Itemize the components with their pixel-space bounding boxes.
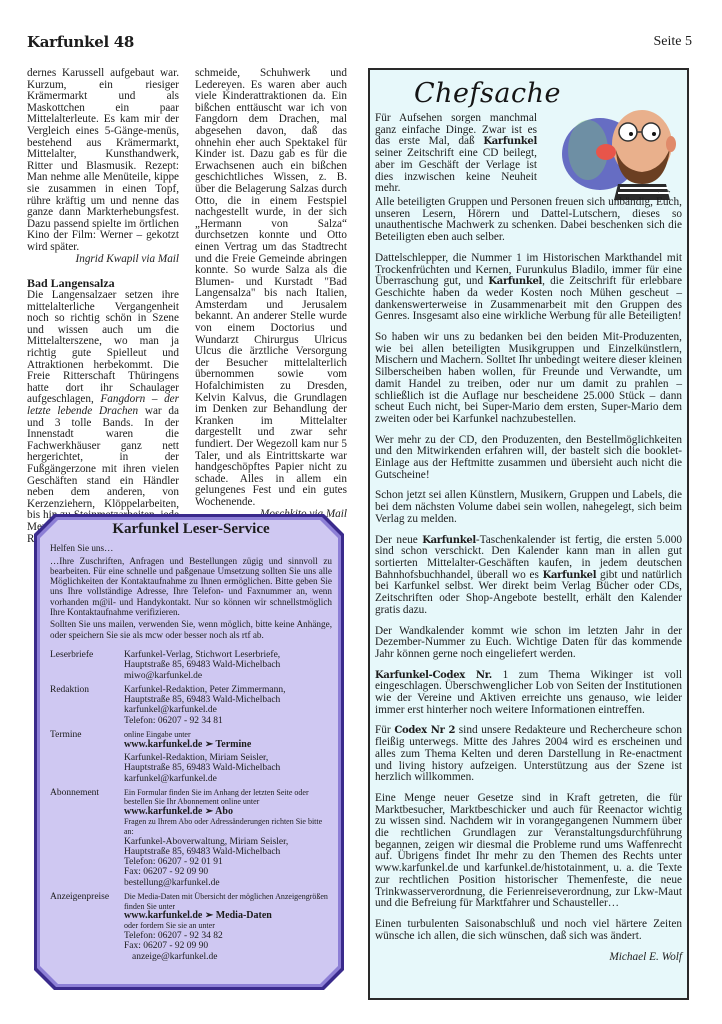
article-paragraph: dernes Karussell aufgebaut war. Kurzum, …	[27, 68, 179, 254]
phone-line: Telefon: 06207 - 92 34 81	[124, 716, 332, 726]
email-link[interactable]: karfunkel@karfunkel.de	[124, 705, 332, 715]
reader-service-intro: Helfen Sie uns… …Ihre Zuschriften, Anfra…	[50, 543, 332, 640]
brand-name: Codex Nr 2	[394, 725, 455, 736]
text-run: Der neue	[375, 534, 422, 546]
text-run: seiner Zeitschrift eine CD beilegt, aber…	[375, 147, 537, 194]
article-signature: Ingrid Kwapil via Mail	[27, 254, 179, 266]
url-link[interactable]: www.karfunkel.de ➢ Abo	[124, 807, 332, 817]
url-link[interactable]: www.karfunkel.de ➢ Media-Daten	[124, 911, 332, 921]
editorial-paragraph: Der Wandkalender kommt wie schon im letz…	[375, 626, 682, 661]
editorial-box: Chefsache Für Aufsehen sorgen manchmal g…	[368, 68, 689, 1000]
editorial-title: Chefsache	[414, 78, 561, 109]
contact-row-abonnement: Abonnement Ein Formular finden Sie im An…	[50, 788, 332, 888]
note-text: Ein Formular finden Sie im Anhang der le…	[124, 788, 332, 807]
reader-service-content: Karfunkel Leser-Service Helfen Sie uns… …	[50, 522, 332, 966]
article-column-2: schmeide, Schuhwerk und Ledereyen. Es wa…	[195, 68, 347, 520]
note-text: Die Media-Daten mit Übersicht der möglic…	[124, 892, 332, 911]
brand-name: Karfunkel-Codex Nr.	[375, 670, 492, 681]
contact-row-termine: Termine online Eingabe unter www.karfunk…	[50, 730, 332, 784]
email-link[interactable]: anzeige@karfunkel.de	[124, 952, 332, 962]
editorial-paragraph: Dattelschlepper, die Nummer 1 im Histori…	[375, 253, 682, 323]
editorial-paragraph: Für Codex Nr 2 sind unsere Redakteure un…	[375, 725, 682, 784]
url-link[interactable]: www.karfunkel.de ➢ Termine	[124, 740, 332, 750]
editorial-paragraph: Der neue Karfunkel-Taschenkalender ist f…	[375, 535, 682, 617]
editorial-intro: Für Aufsehen sorgen manchmal ganz einfac…	[375, 113, 537, 195]
contact-label: Leserbriefe	[50, 650, 124, 681]
address-line: Karfunkel-Redaktion, Miriam Seisler,	[124, 753, 332, 763]
note-text: oder fordern Sie sie an unter	[124, 921, 332, 931]
editorial-body: Alle beteiligten Gruppen und Personen fr…	[375, 197, 682, 973]
contact-row-anzeigenpreise: Anzeigenpreise Die Media-Daten mit Übers…	[50, 892, 332, 962]
address-line: Karfunkel-Verlag, Stichwort Leserbriefe,	[124, 650, 332, 660]
contact-table: Leserbriefe Karfunkel-Verlag, Stichwort …	[50, 650, 332, 962]
email-link[interactable]: bestellung@karfunkel.de	[124, 878, 332, 888]
fax-line: Fax: 06207 - 92 09 90	[124, 867, 332, 877]
editorial-paragraph: Alle beteiligten Gruppen und Personen fr…	[375, 197, 682, 244]
note-text: Fragen zu Ihrem Abo oder Adressänderunge…	[124, 817, 332, 836]
editorial-paragraph: So haben wir uns zu bedanken bei den bei…	[375, 332, 682, 426]
article-paragraph: schmeide, Schuhwerk und Ledereyen. Es wa…	[195, 68, 347, 509]
intro-paragraph: Sollten Sie uns mailen, verwenden Sie, w…	[50, 619, 332, 640]
phone-line: Telefon: 06207 - 92 34 82	[124, 931, 332, 941]
editorial-paragraph: Karfunkel-Codex Nr. 1 zum Thema Wikinger…	[375, 670, 682, 717]
caricature-portrait-icon	[558, 92, 686, 200]
editorial-paragraph: Eine Menge neuer Gesetze sind in Kraft g…	[375, 793, 682, 910]
contact-row-redaktion: Redaktion Karfunkel-Redaktion, Peter Zim…	[50, 685, 332, 726]
editorial-paragraph: Schon jetzt sei allen Künstlern, Musiker…	[375, 490, 682, 525]
address-line: Hauptstraße 85, 69483 Wald-Michelbach	[124, 695, 332, 705]
address-line: Hauptstraße 85, 69483 Wald-Michelbach	[124, 847, 332, 857]
reader-service-title: Karfunkel Leser-Service	[50, 524, 332, 534]
editorial-paragraph: Einen turbulenten Saisonabschluß und noc…	[375, 919, 682, 942]
intro-line: Helfen Sie uns…	[50, 543, 332, 553]
brand-name: Karfunkel	[422, 535, 476, 546]
brand-name: Karfunkel	[483, 136, 537, 147]
address-line: Karfunkel-Aboverwaltung, Miriam Seisler,	[124, 837, 332, 847]
contact-label: Anzeigenpreise	[50, 892, 124, 962]
page-number: Seite 5	[654, 34, 693, 50]
editorial-paragraph: Wer mehr zu der CD, den Produzenten, den…	[375, 435, 682, 482]
brand-name: Karfunkel	[543, 570, 597, 581]
brand-name: Karfunkel	[488, 276, 542, 287]
phone-line: Telefon: 06207 - 92 01 91	[124, 857, 332, 867]
email-link[interactable]: karfunkel@karfunkel.de	[124, 774, 332, 784]
address-line: Hauptstraße 85, 69483 Wald-Michelbach	[124, 660, 332, 670]
contact-label: Abonnement	[50, 788, 124, 888]
article-column-1: dernes Karussell aufgebaut war. Kurzum, …	[27, 68, 179, 545]
reader-service-box: Karfunkel Leser-Service Helfen Sie uns… …	[32, 512, 346, 992]
text-run: Für	[375, 724, 394, 736]
contact-label: Redaktion	[50, 685, 124, 726]
address-line: Karfunkel-Redaktion, Peter Zimmermann,	[124, 685, 332, 695]
text-run: Die Langensalzaer setzen ihre mittelalte…	[27, 289, 179, 405]
email-link[interactable]: miwo@karfunkel.de	[124, 671, 332, 681]
contact-row-leserbriefe: Leserbriefe Karfunkel-Verlag, Stichwort …	[50, 650, 332, 681]
article-paragraph: Die Langensalzaer setzen ihre mittelalte…	[27, 290, 179, 545]
editorial-signature: Michael E. Wolf	[375, 952, 682, 964]
intro-paragraph: …Ihre Zuschriften, Anfragen und Bestellu…	[50, 556, 332, 618]
fax-line: Fax: 06207 - 92 09 90	[124, 941, 332, 951]
address-line: Hauptstraße 85, 69483 Wald-Michelbach	[124, 763, 332, 773]
contact-label: Termine	[50, 730, 124, 784]
magazine-issue-label: Karfunkel 48	[27, 33, 134, 51]
